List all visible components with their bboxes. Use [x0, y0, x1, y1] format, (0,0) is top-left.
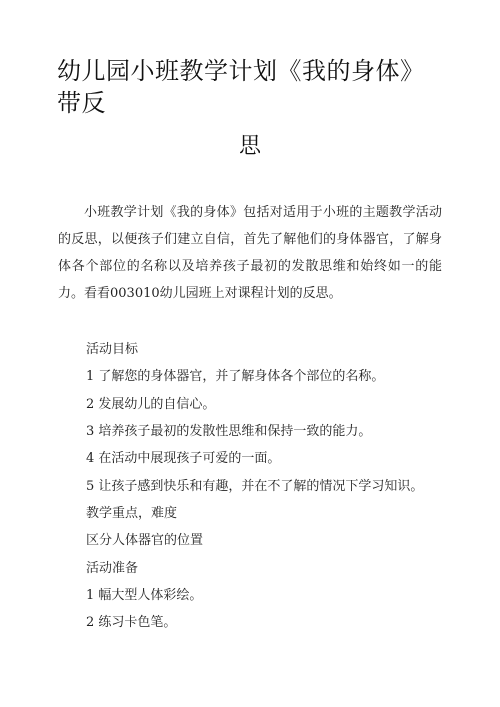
document-title-continuation: 思	[0, 133, 500, 161]
goal-item: 5 让孩子感到快乐和有趣，并在不了解的情况下学习知识。	[86, 478, 423, 496]
document-title: 幼儿园小班教学计划《我的身体》带反	[57, 55, 447, 119]
goal-item: 2 发展幼儿的自信心。	[86, 396, 215, 414]
goal-item: 1 了解您的身体器官，并了解身体各个部位的名称。	[86, 368, 384, 386]
section-heading-key-points: 教学重点，难度	[86, 505, 177, 523]
intro-paragraph: 小班教学计划《我的身体》包括对适用于小班的主题教学活动的反思，以便孩子们建立自信…	[58, 199, 442, 307]
section-heading-goals: 活动目标	[86, 341, 138, 359]
goal-item: 4 在活动中展现孩子可爱的一面。	[86, 450, 280, 468]
preparation-item: 1 幅大型人体彩绘。	[86, 587, 202, 605]
goal-item: 3 培养孩子最初的发散性思维和保持一致的能力。	[86, 423, 371, 441]
key-point-item: 区分人体器官的位置	[86, 532, 203, 550]
preparation-item: 2 练习卡色笔。	[86, 614, 176, 632]
section-heading-preparation: 活动准备	[86, 560, 138, 578]
